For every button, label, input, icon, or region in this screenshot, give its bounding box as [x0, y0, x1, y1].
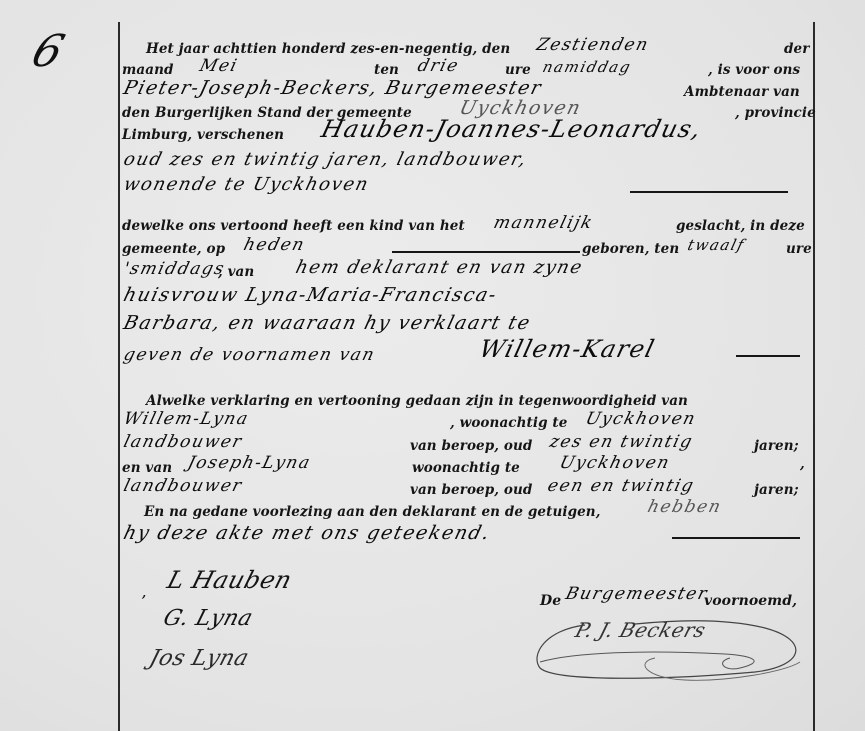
handwritten-witness2-age: een en twintig	[546, 476, 697, 496]
handwritten-declarant-name: Hauben-Joannes-Leonardus,	[320, 119, 704, 139]
handwritten-witness1-name: Willem-Lyna	[122, 409, 252, 429]
printed-text: jaren;	[754, 481, 799, 499]
printed-text: voornoemd,	[704, 592, 797, 610]
handwritten-sex: mannelijk	[492, 213, 596, 233]
handwritten-mother-name: huisvrouw Lyna-Maria-Francisca-	[122, 285, 500, 305]
handwritten-witness1-residence: Uyckhoven	[584, 409, 699, 429]
handwritten-birth-hour: twaalf	[686, 235, 748, 255]
printed-text: jaren;	[754, 437, 799, 455]
handwritten-residence: wonende te Uyckhoven	[122, 175, 372, 195]
printed-text: , is voor ons	[708, 61, 800, 79]
handwritten-witness1-age: zes en twintig	[548, 432, 696, 452]
signature-witness2: Jos Lyna	[146, 646, 251, 671]
handwritten-witness1-occupation: landbouwer	[122, 432, 245, 452]
signature-witness1: G. Lyna	[160, 606, 255, 631]
signature-mark: ,	[142, 584, 146, 602]
handwritten-mayor-title: Burgemeester	[564, 584, 711, 604]
record-number: 6	[26, 26, 71, 77]
printed-text: ure	[786, 240, 812, 258]
printed-text: Limburg, verschenen	[122, 126, 284, 144]
printed-text: En na gedane voorlezing aan den deklaran…	[144, 503, 601, 521]
signature-flourish	[525, 610, 815, 690]
printed-text: , woonachtig te	[450, 414, 567, 432]
handwritten-official: Pieter-Joseph-Beckers, Burgemeester	[122, 78, 545, 98]
fill-rule	[672, 537, 800, 539]
handwritten-time-of-day: 'smiddags	[122, 259, 228, 279]
handwritten-hour: drie	[416, 56, 462, 76]
printed-text: Ambtenaar van	[684, 83, 800, 101]
handwritten-time-of-day: namiddag	[541, 57, 634, 77]
handwritten-witness2-residence: Uyckhoven	[558, 453, 673, 473]
printed-text: , van	[218, 263, 254, 281]
printed-text: en van	[122, 459, 172, 477]
printed-text: dewelke ons vertoond heeft een kind van …	[122, 217, 465, 235]
printed-text: gemeente, op	[122, 240, 225, 258]
fill-rule	[392, 251, 580, 253]
handwritten-month: Mei	[198, 56, 241, 76]
printed-text: geslacht, in deze	[676, 217, 805, 235]
handwritten-child-name: Willem-Karel	[478, 339, 658, 359]
printed-text: van beroep, oud	[410, 481, 532, 499]
handwritten-witness2-name: Joseph-Lyna	[186, 453, 314, 473]
handwritten-day: Zestienden	[535, 35, 652, 55]
handwritten-given-names-prefix: geven de voornamen van	[122, 345, 378, 365]
printed-text: woonachtig te	[412, 459, 520, 477]
printed-text: , provincie	[735, 104, 816, 122]
printed-text: De	[540, 592, 561, 610]
handwritten-signed-by: hebben	[646, 497, 724, 517]
printed-text: ,	[800, 455, 805, 473]
document-page: 6 Het jaar achttien honderd zes-en-negen…	[0, 0, 865, 731]
signature-declarant: L Hauben	[164, 566, 295, 594]
printed-text: der	[784, 40, 809, 58]
printed-text: geboren, ten	[582, 240, 679, 258]
fill-rule	[736, 355, 800, 357]
left-margin-rule	[118, 22, 120, 731]
handwritten-witness2-occupation: landbouwer	[122, 476, 245, 496]
handwritten-parent-relation: hem deklarant en van zyne	[294, 258, 586, 278]
handwritten-declaration: Barbara, en waaraan hy verklaart te	[122, 313, 534, 333]
handwritten-birth-day: heden	[242, 235, 308, 255]
handwritten-closing: hy deze akte met ons geteekend.	[122, 523, 493, 543]
printed-text: van beroep, oud	[410, 437, 532, 455]
fill-rule	[630, 191, 788, 193]
printed-text: Alwelke verklaring en vertooning gedaan …	[146, 392, 688, 410]
handwritten-age-occupation: oud zes en twintig jaren, landbouwer,	[122, 150, 530, 170]
